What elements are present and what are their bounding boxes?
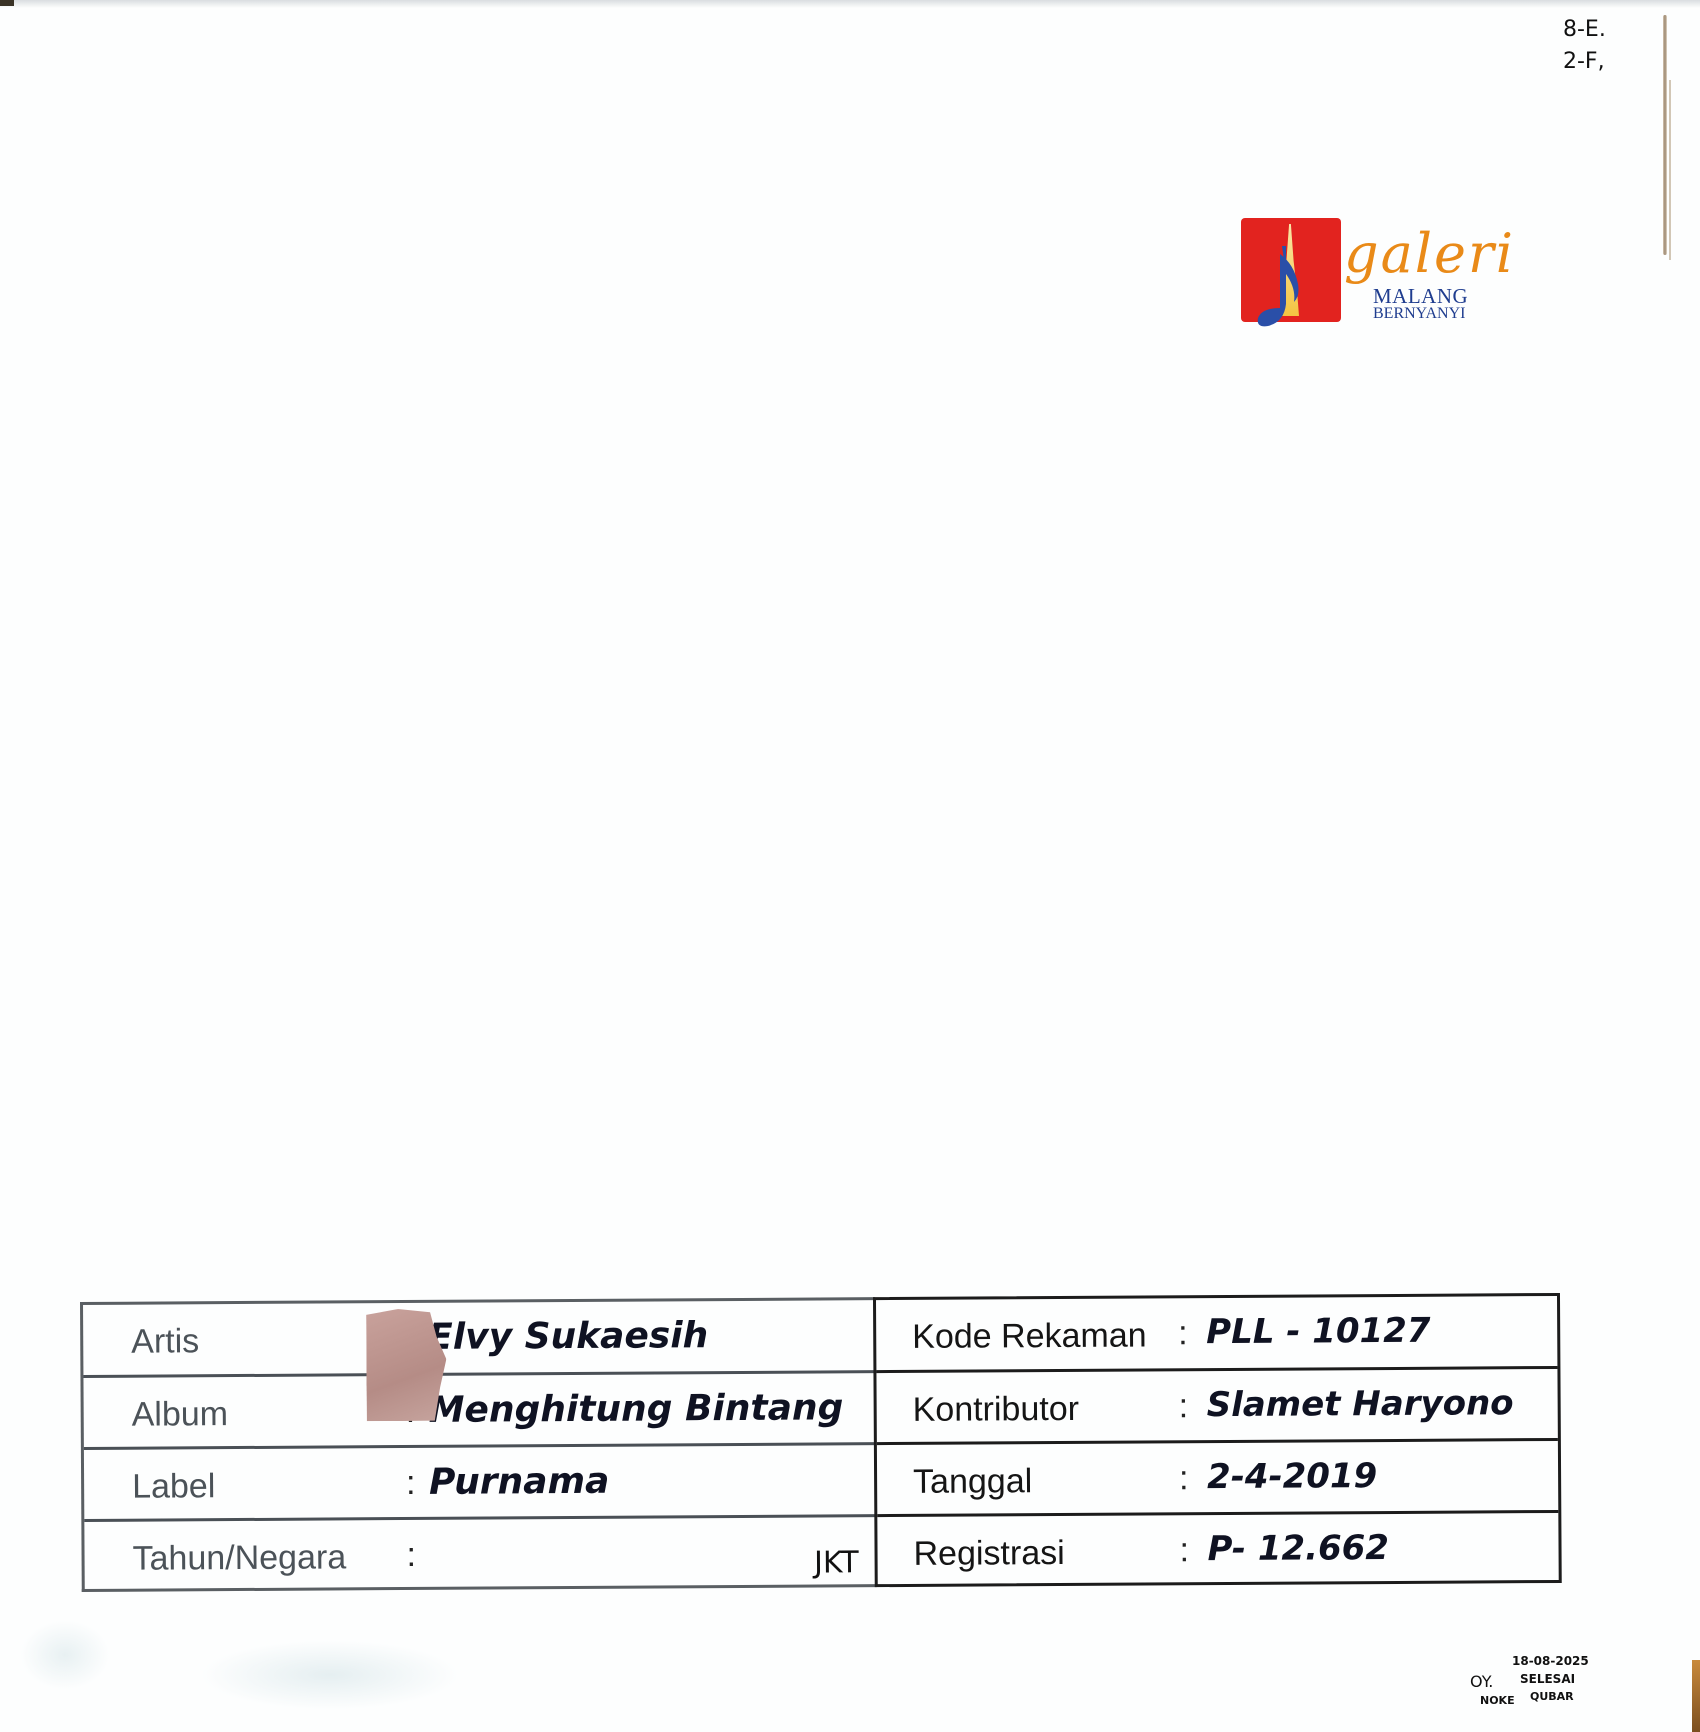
row-tahun-negara: Tahun/Negara : JKT [84, 1514, 876, 1591]
status-note-date: 18-08-2025 [1512, 1654, 1589, 1668]
field-value-registrasi: P- 12.662 [1207, 1528, 1389, 1569]
field-label: Kontributor [913, 1390, 1080, 1430]
status-note-prefix: OY. [1470, 1672, 1493, 1691]
field-note-jkt: JKT [814, 1545, 859, 1580]
row-album: Album : Menghitung Bintang [83, 1370, 875, 1447]
field-label: Tahun/Negara [132, 1538, 346, 1578]
row-label: Label : Purnama [84, 1442, 876, 1519]
field-colon: : [1179, 1459, 1189, 1498]
field-value-label: Purnama [429, 1461, 609, 1503]
record-info-right: Kode Rekaman : PLL - 10127 Kontributor :… [873, 1293, 1562, 1587]
field-label: Album [132, 1395, 229, 1435]
field-value-kontributor: Slamet Haryono [1207, 1383, 1514, 1425]
handwritten-status-note: 18-08-2025 OY. SELESAI NOKE QUBAR [1470, 1654, 1610, 1724]
sleeve-edge-bottom [1692, 1660, 1700, 1732]
field-colon: : [406, 1536, 416, 1575]
field-label: Kode Rekaman [912, 1316, 1147, 1356]
status-note-line3: NOKE [1480, 1694, 1515, 1707]
field-label: Tanggal [913, 1462, 1032, 1502]
logo-subtitle-malang: MALANG [1373, 286, 1468, 306]
status-note-status: SELESAI [1520, 1672, 1575, 1686]
scan-corner-shadow [0, 0, 14, 6]
row-kode-rekaman: Kode Rekaman : PLL - 10127 [876, 1296, 1557, 1372]
field-colon: : [1178, 1314, 1188, 1353]
row-kontributor: Kontributor : Slamet Haryono [876, 1366, 1557, 1442]
handwritten-corner-notes: 8-E. 2-F, [1563, 14, 1606, 78]
field-label: Artis [131, 1322, 199, 1361]
paper-smudge [20, 1620, 110, 1690]
logo-wordmark: galeri [1344, 222, 1515, 285]
paper-smudge [200, 1640, 460, 1710]
field-value-album: Menghitung Bintang [429, 1387, 844, 1431]
scan-top-edge [0, 0, 1700, 8]
field-value-artis: Elvy Sukaesih [428, 1315, 708, 1358]
sleeve-edge-inner [1669, 80, 1671, 260]
galeri-malang-bernyanyi-logo: galeri MALANG BERNYANYI [1236, 214, 1526, 334]
status-note-scribble: QUBAR [1530, 1690, 1574, 1703]
field-colon: : [1179, 1387, 1189, 1426]
corner-note-line-1: 8-E. [1563, 14, 1606, 46]
sleeve-edge [1663, 15, 1667, 255]
row-tanggal: Tanggal : 2-4-2019 [877, 1438, 1558, 1514]
row-artis: Artis : Elvy Sukaesih [83, 1300, 875, 1377]
row-registrasi: Registrasi : P- 12.662 [877, 1510, 1558, 1586]
field-colon: : [1179, 1531, 1189, 1570]
field-label: Registrasi [913, 1534, 1064, 1574]
field-value-tanggal: 2-4-2019 [1207, 1456, 1377, 1497]
field-colon: : [406, 1464, 416, 1503]
music-note-tugu-icon [1254, 244, 1304, 334]
record-info-table: Artis : Elvy Sukaesih Album : Menghitung… [80, 1293, 1562, 1592]
record-info-left: Artis : Elvy Sukaesih Album : Menghitung… [80, 1297, 877, 1592]
logo-subtitle-bernyanyi: BERNYANYI [1373, 306, 1465, 322]
field-label: Label [132, 1467, 215, 1507]
field-value-kode-rekaman: PLL - 10127 [1206, 1311, 1431, 1352]
corner-note-line-2: 2-F, [1563, 46, 1606, 78]
